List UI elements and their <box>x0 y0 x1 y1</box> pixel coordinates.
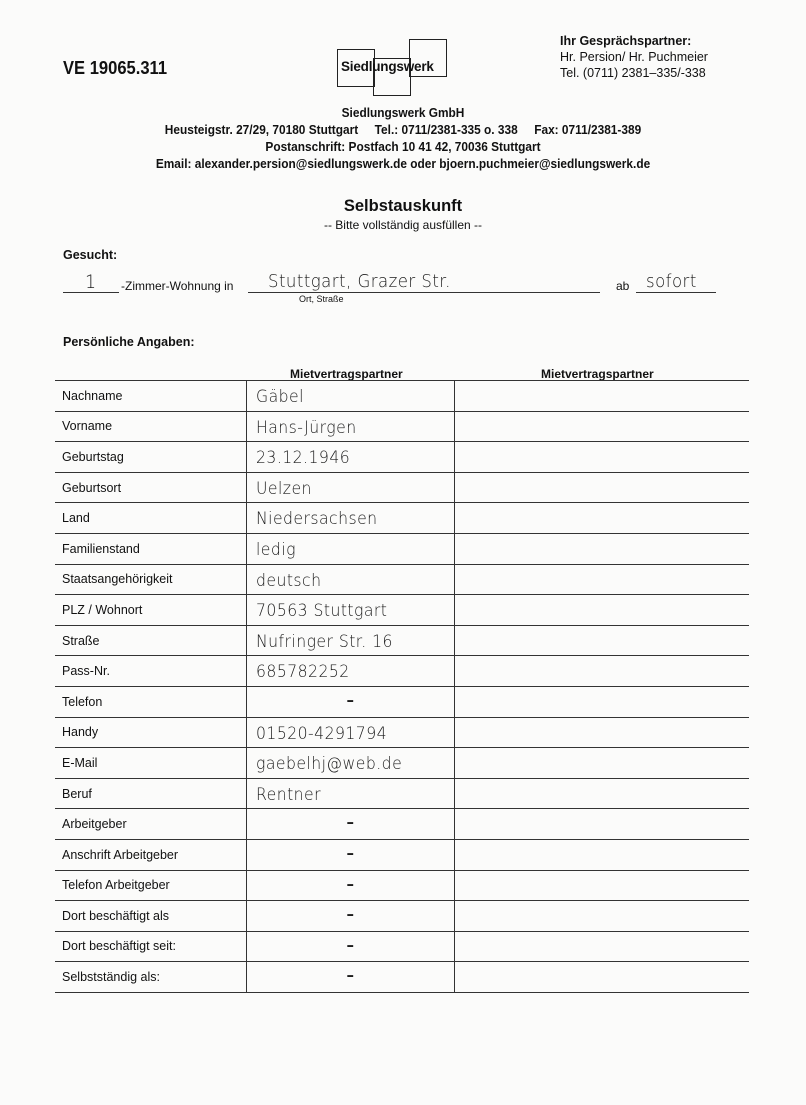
partner-2-field[interactable] <box>455 778 750 809</box>
partner-1-field[interactable]: – <box>247 962 455 993</box>
partner-2-field[interactable] <box>455 442 750 473</box>
partner-1-value: – <box>247 844 454 862</box>
table-row: VornameHans-Jürgen <box>55 411 749 442</box>
partner-2-field[interactable] <box>455 472 750 503</box>
table-row: Familienstandledig <box>55 533 749 564</box>
partner-1-field[interactable]: – <box>247 901 455 932</box>
field-label: Dort beschäftigt als <box>55 901 247 932</box>
partner-1-value: gaebelhj@web.de <box>256 754 402 774</box>
partner-1-value: 23.12.1946 <box>256 448 350 468</box>
partner-2-field[interactable] <box>455 381 750 412</box>
partner-1-value: deutsch <box>256 571 321 591</box>
company-address: Heusteigstr. 27/29, 70180 Stuttgart Tel.… <box>20 122 786 139</box>
partner-1-value: – <box>247 875 454 893</box>
table-row: Pass-Nr.685782252 <box>55 656 749 687</box>
partner-1-value: Uelzen <box>256 479 312 499</box>
from-field[interactable]: sofort <box>636 271 716 293</box>
field-label: Straße <box>55 625 247 656</box>
field-label: E-Mail <box>55 748 247 779</box>
field-label: Land <box>55 503 247 534</box>
partner-2-field[interactable] <box>455 901 750 932</box>
partner-1-field[interactable]: – <box>247 686 455 717</box>
partner-1-value: Niedersachsen <box>256 509 378 529</box>
partner-2-field[interactable] <box>455 748 750 779</box>
field-label: Familienstand <box>55 533 247 564</box>
partner-1-value: Rentner <box>256 785 321 805</box>
company-logo: Siedlungswerk <box>335 37 450 97</box>
location-value: Stuttgart, Grazer Str. <box>268 271 451 292</box>
table-row: LandNiedersachsen <box>55 503 749 534</box>
partner-2-field[interactable] <box>455 931 750 962</box>
location-field[interactable]: Stuttgart, Grazer Str. <box>248 271 600 293</box>
partner-2-field[interactable] <box>455 839 750 870</box>
logo-text: Siedlungswerk <box>341 59 434 74</box>
reference-number: VE 19065.311 <box>63 58 167 79</box>
partner-2-field[interactable] <box>455 533 750 564</box>
from-label: ab <box>616 279 629 293</box>
partner-1-field[interactable]: ledig <box>247 533 455 564</box>
table-row: Telefon Arbeitgeber– <box>55 870 749 901</box>
partner-2-field[interactable] <box>455 411 750 442</box>
contact-block: Ihr Gesprächspartner: Hr. Persion/ Hr. P… <box>560 33 708 81</box>
partner-1-field[interactable]: Nufringer Str. 16 <box>247 625 455 656</box>
table-row: Handy01520-4291794 <box>55 717 749 748</box>
partner-2-field[interactable] <box>455 962 750 993</box>
partner-1-field[interactable]: – <box>247 809 455 840</box>
partner-1-field[interactable]: – <box>247 870 455 901</box>
partner-1-field[interactable]: 70563 Stuttgart <box>247 595 455 626</box>
table-row: Arbeitgeber– <box>55 809 749 840</box>
column-header-partner-2: Mietvertragspartner <box>541 367 654 381</box>
partner-2-field[interactable] <box>455 809 750 840</box>
partner-1-value: – <box>247 966 454 984</box>
table-row: GeburtsortUelzen <box>55 472 749 503</box>
field-label: Geburtstag <box>55 442 247 473</box>
table-row: Dort beschäftigt seit:– <box>55 931 749 962</box>
contact-names: Hr. Persion/ Hr. Puchmeier <box>560 49 708 65</box>
field-label: Anschrift Arbeitgeber <box>55 839 247 870</box>
field-label: PLZ / Wohnort <box>55 595 247 626</box>
partner-1-field[interactable]: – <box>247 931 455 962</box>
partner-1-value: Hans-Jürgen <box>256 418 357 438</box>
contact-title: Ihr Gesprächspartner: <box>560 33 708 49</box>
table-row: PLZ / Wohnort70563 Stuttgart <box>55 595 749 626</box>
page-subtitle: -- Bitte vollständig ausfüllen -- <box>0 218 806 232</box>
page-title: Selbstauskunft <box>0 197 806 216</box>
table-row: StraßeNufringer Str. 16 <box>55 625 749 656</box>
partner-1-value: – <box>247 691 454 709</box>
partner-1-field[interactable]: – <box>247 839 455 870</box>
table-row: Geburtstag23.12.1946 <box>55 442 749 473</box>
partner-1-field[interactable]: Niedersachsen <box>247 503 455 534</box>
partner-2-field[interactable] <box>455 717 750 748</box>
company-email: Email: alexander.persion@siedlungswerk.d… <box>20 156 786 173</box>
partner-1-field[interactable]: Rentner <box>247 778 455 809</box>
partner-1-field[interactable]: Hans-Jürgen <box>247 411 455 442</box>
field-label: Pass-Nr. <box>55 656 247 687</box>
partner-1-field[interactable]: Gäbel <box>247 381 455 412</box>
partner-1-field[interactable]: deutsch <box>247 564 455 595</box>
company-name: Siedlungswerk GmbH <box>20 105 786 122</box>
partner-1-value: 70563 Stuttgart <box>256 601 387 621</box>
partner-2-field[interactable] <box>455 595 750 626</box>
field-label: Dort beschäftigt seit: <box>55 931 247 962</box>
partner-1-field[interactable]: gaebelhj@web.de <box>247 748 455 779</box>
partner-1-value: 685782252 <box>256 662 350 682</box>
partner-2-field[interactable] <box>455 564 750 595</box>
partner-2-field[interactable] <box>455 625 750 656</box>
field-label: Nachname <box>55 381 247 412</box>
table-row: BerufRentner <box>55 778 749 809</box>
company-postal: Postanschrift: Postfach 10 41 42, 70036 … <box>20 139 786 156</box>
field-label: Arbeitgeber <box>55 809 247 840</box>
partner-1-field[interactable]: 01520-4291794 <box>247 717 455 748</box>
partner-2-field[interactable] <box>455 686 750 717</box>
field-label: Telefon Arbeitgeber <box>55 870 247 901</box>
partner-1-value: ledig <box>256 540 296 560</box>
field-label: Beruf <box>55 778 247 809</box>
field-label: Handy <box>55 717 247 748</box>
table-row: Selbstständig als:– <box>55 962 749 993</box>
partner-1-value: – <box>247 905 454 923</box>
contact-phone: Tel. (0711) 2381–335/-338 <box>560 65 708 81</box>
rooms-value: 1 <box>85 271 97 293</box>
field-label: Selbstständig als: <box>55 962 247 993</box>
column-header-partner-1: Mietvertragspartner <box>290 367 403 381</box>
field-label: Staatsangehörigkeit <box>55 564 247 595</box>
table-row: Dort beschäftigt als– <box>55 901 749 932</box>
personal-section-label: Persönliche Angaben: <box>63 335 195 349</box>
partner-1-field[interactable]: Uelzen <box>247 472 455 503</box>
field-label: Geburtsort <box>55 472 247 503</box>
table-row: E-Mailgaebelhj@web.de <box>55 748 749 779</box>
location-caption: Ort, Straße <box>299 294 344 304</box>
partner-2-field[interactable] <box>455 503 750 534</box>
table-row: Staatsangehörigkeitdeutsch <box>55 564 749 595</box>
field-label: Telefon <box>55 686 247 717</box>
partner-1-value: 01520-4291794 <box>256 724 387 744</box>
company-letterhead: Siedlungswerk GmbH Heusteigstr. 27/29, 7… <box>20 105 786 173</box>
field-label: Vorname <box>55 411 247 442</box>
rooms-suffix: -Zimmer-Wohnung in <box>121 279 233 293</box>
rooms-field[interactable]: 1 <box>63 271 119 293</box>
partner-1-value: Nufringer Str. 16 <box>256 632 393 652</box>
personal-data-table: NachnameGäbelVornameHans-JürgenGeburtsta… <box>55 380 749 993</box>
partner-1-value: – <box>247 936 454 954</box>
from-value: sofort <box>646 271 697 292</box>
gesucht-label: Gesucht: <box>63 248 117 262</box>
table-row: Anschrift Arbeitgeber– <box>55 839 749 870</box>
table-row: Telefon– <box>55 686 749 717</box>
partner-1-value: Gäbel <box>256 387 304 407</box>
table-row: NachnameGäbel <box>55 381 749 412</box>
partner-1-field[interactable]: 23.12.1946 <box>247 442 455 473</box>
partner-1-value: – <box>247 813 454 831</box>
partner-2-field[interactable] <box>455 656 750 687</box>
partner-1-field[interactable]: 685782252 <box>247 656 455 687</box>
partner-2-field[interactable] <box>455 870 750 901</box>
